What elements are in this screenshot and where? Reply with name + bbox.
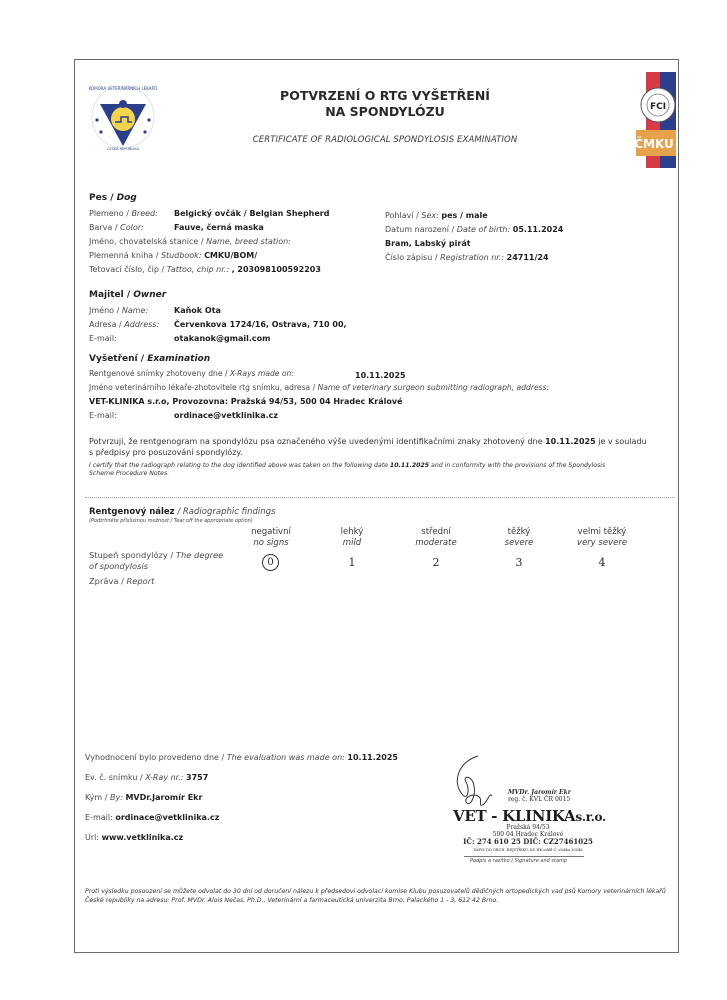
- vet-email-label: E-mail:: [89, 410, 117, 421]
- xray-number-value: 3757: [186, 773, 208, 782]
- grade-3-cz: těžký: [479, 527, 559, 538]
- reg-label-cz: Číslo zápisu /: [385, 253, 440, 262]
- dog-name-label-cz: Jméno, chovatelská stanice /: [89, 237, 206, 246]
- section-divider: [85, 497, 675, 498]
- grade-option-0-selected[interactable]: 0: [262, 554, 279, 571]
- signature-caption: Podpis a razítko / Signature and stamp: [470, 858, 567, 865]
- certification-cz: Potvrzuji, že rentgenogram na spondylózu…: [89, 436, 647, 447]
- color-label-en: Color:: [120, 223, 144, 232]
- certification-en-text-end: and in conformity with the provisions of…: [429, 462, 605, 469]
- studbook-label-en: Studbook:: [161, 251, 202, 260]
- stamp-company-line: VET - KLINIKAs.r.o.: [453, 806, 606, 825]
- degree-label-en: The degree: [176, 550, 223, 560]
- owner-email-value: otakanok@gmail.com: [174, 333, 271, 344]
- findings-heading-en: / Radiographic findings: [175, 507, 276, 517]
- registration-field: Číslo zápisu / Registration nr.: 24711/2…: [385, 252, 549, 263]
- evaluation-email-field: E-mail: ordinace@vetklinika.cz: [85, 812, 219, 823]
- grade-header-4: velmi těžký very severe: [562, 527, 642, 549]
- vet-label-en: Name of veterinary surgeon submitting ra…: [318, 383, 550, 392]
- dog-name-label-en: Name, breed station:: [206, 237, 291, 246]
- examination-heading: Vyšetření / Examination: [89, 354, 210, 364]
- dob-label-cz: Datum narození /: [385, 225, 457, 234]
- evaluation-date-label-en: The evaluation was made on:: [227, 753, 345, 762]
- certification-cz-text-end: je v souladu: [596, 437, 647, 446]
- color-label-cz: Barva /: [89, 223, 120, 232]
- studbook-field: Plemenná kniha / Studbook: CMKU/BOM/: [89, 250, 257, 261]
- certification-cz-text: Potvrzuji, že rentgenogram na spondylózu…: [89, 437, 545, 446]
- vet-label-cz: Jméno veterinárního lékaře-zhotovitele r…: [89, 383, 318, 392]
- certification-en-line2: Scheme Procedure Notes.: [89, 470, 169, 478]
- evaluation-email-label: E-mail:: [85, 813, 113, 822]
- title-line-1: POTVRZENÍ O RTG VYŠETŘENÍ: [220, 88, 550, 103]
- color-label: Barva / Color:: [89, 222, 144, 233]
- dog-heading: Pes / Dog: [89, 193, 137, 203]
- stamp-reg: reg. č. KVL ČR 0015: [508, 796, 568, 804]
- evaluator-value: MVDr.Jaromír Ekr: [125, 793, 202, 802]
- evaluation-url-value[interactable]: www.vetklinika.cz: [102, 833, 184, 842]
- grade-2-en: moderate: [396, 538, 476, 549]
- breed-value: Belgický ovčák / Belgian Shepherd: [174, 208, 329, 219]
- vet-label: Jméno veterinárního lékaře-zhotovitele r…: [89, 382, 549, 393]
- grade-header-0: negativní no signs: [231, 527, 311, 549]
- vet-value: VET-KLINIKA s.r.o, Provozovna: Pražská 9…: [89, 396, 403, 407]
- signature-line: [464, 856, 584, 857]
- sex-field: Pohlaví / Sex: pes / male: [385, 210, 488, 221]
- xray-number-label-en: X-Ray nr.:: [145, 773, 183, 782]
- grade-1-en: mild: [312, 538, 392, 549]
- stamp-ids: IČ: 274 610 25 DIČ: CZ27461025: [448, 838, 608, 846]
- xray-date-label-en: X-Rays made on:: [230, 369, 294, 378]
- breed-label-cz: Plemeno /: [89, 209, 131, 218]
- grade-option-3[interactable]: 3: [507, 556, 531, 569]
- degree-label: Stupeň spondylózy / The degree: [89, 550, 223, 561]
- owner-name-label-en: Name:: [122, 306, 148, 315]
- dog-heading-cz: Pes /: [89, 193, 117, 203]
- examination-heading-en: Examination: [147, 354, 210, 364]
- evaluation-url-label: Url:: [85, 833, 99, 842]
- report-label-en: Report: [127, 576, 155, 586]
- title-line-2: NA SPONDYLÓZU: [220, 104, 550, 119]
- findings-heading: Rentgenový nález / Radiographic findings: [89, 507, 275, 517]
- report-label: Zpráva / Report: [89, 576, 154, 587]
- sex-label-cz: Pohlaví /: [385, 211, 421, 220]
- xray-date-label: Rentgenové snímky zhotoveny dne / X-Rays…: [89, 368, 294, 379]
- vet-email-value: ordinace@vetklinika.cz: [174, 410, 278, 421]
- owner-address-label-en: Address:: [124, 320, 159, 329]
- owner-address-label: Adresa / Address:: [89, 319, 159, 330]
- xray-date-label-cz: Rentgenové snímky zhotoveny dne /: [89, 369, 230, 378]
- owner-name-label: Jméno / Name:: [89, 305, 148, 316]
- chip-field: Tetovací číslo, čip / Tattoo, chip nr.: …: [89, 264, 321, 275]
- grade-4-cz: velmi těžký: [562, 527, 642, 538]
- stamp-register: ZÁPIS DO OBCH. REJSTŘÍKU, KS HK oddíl C,…: [448, 847, 608, 855]
- grade-header-1: lehký mild: [312, 527, 392, 549]
- findings-heading-cz: Rentgenový nález: [89, 507, 175, 517]
- stamp-company: VET - KLINIKA: [453, 807, 575, 825]
- dob-value: 05.11.2024: [513, 225, 564, 234]
- certification-en-date: 10.11.2025: [390, 462, 429, 469]
- studbook-label-cz: Plemenná kniha /: [89, 251, 161, 260]
- owner-heading-en: Owner: [133, 290, 166, 300]
- owner-heading: Majitel / Owner: [89, 290, 166, 300]
- certification-en: I certify that the radiograph relating t…: [89, 462, 605, 470]
- svg-text:KOMORA VETERINÁRNÍCH LÉKAŘŮ: KOMORA VETERINÁRNÍCH LÉKAŘŮ: [89, 86, 158, 91]
- grade-option-1[interactable]: 1: [340, 556, 364, 569]
- breed-label: Plemeno / Breed:: [89, 208, 158, 219]
- grade-0-en: no signs: [231, 538, 311, 549]
- grade-4-en: very severe: [562, 538, 642, 549]
- owner-address-value: Červenkova 1724/16, Ostrava, 710 00,: [174, 319, 347, 330]
- dog-name-label: Jméno, chovatelská stanice / Name, breed…: [89, 236, 291, 247]
- chip-label-en: Tattoo, chip nr.:: [167, 265, 229, 274]
- certification-cz-date: 10.11.2025: [545, 437, 596, 446]
- evaluator-field: Kým / By: MVDr.Jaromír Ekr: [85, 792, 202, 803]
- svg-text:ČESKÁ REPUBLIKA: ČESKÁ REPUBLIKA: [107, 146, 140, 151]
- appeal-note: Proti výsledku posouzení se můžete odvol…: [85, 887, 675, 905]
- dog-name-value: Bram, Labský pirát: [385, 238, 471, 249]
- dog-heading-en: Dog: [117, 193, 137, 203]
- grade-header-2: střední moderate: [396, 527, 476, 549]
- grade-option-2[interactable]: 2: [424, 556, 448, 569]
- xray-number-label-cz: Ev. č. snímku /: [85, 773, 145, 782]
- findings-instruction: (Podtrhněte příslušnou možnost / Tear of…: [89, 518, 253, 525]
- grade-0-cz: negativní: [231, 527, 311, 538]
- sex-value: pes / male: [441, 211, 487, 220]
- examination-heading-cz: Vyšetření /: [89, 354, 147, 364]
- xray-number-field: Ev. č. snímku / X-Ray nr.: 3757: [85, 772, 208, 783]
- chip-value: , 203098100592203: [232, 265, 321, 274]
- degree-label-line2: of spondylosis: [89, 561, 148, 572]
- report-label-cz: Zpráva /: [89, 576, 127, 586]
- grade-header-3: těžký severe: [479, 527, 559, 549]
- evaluation-date-value: 10.11.2025: [347, 753, 398, 762]
- grade-2-cz: střední: [396, 527, 476, 538]
- certification-en-text: I certify that the radiograph relating t…: [89, 462, 390, 469]
- owner-name-label-cz: Jméno /: [89, 306, 122, 315]
- studbook-value: CMKU/BOM/: [204, 251, 257, 260]
- signature-stamp: MVDr. Jaromír Ekr reg. č. KVL ČR 0015 VE…: [448, 752, 638, 882]
- grade-1-cz: lehký: [312, 527, 392, 538]
- degree-label-cz: Stupeň spondylózy /: [89, 550, 176, 560]
- dob-label-en: Date of birth:: [457, 225, 510, 234]
- svg-text:FCI: FCI: [650, 102, 666, 112]
- evaluation-date-field: Vyhodnocení bylo provedeno dne / The eva…: [85, 752, 398, 763]
- xray-date-value: 10.11.2025: [355, 370, 406, 381]
- owner-name-value: Kaňok Ota: [174, 305, 221, 316]
- svg-text:ČMKU: ČMKU: [634, 136, 674, 151]
- evaluator-label-cz: Kým /: [85, 793, 110, 802]
- reg-label-en: Registration nr.:: [440, 253, 504, 262]
- grade-option-4[interactable]: 4: [590, 556, 614, 569]
- owner-address-label-cz: Adresa /: [89, 320, 124, 329]
- color-value: Fauve, černá maska: [174, 222, 264, 233]
- chip-label-cz: Tetovací číslo, čip /: [89, 265, 167, 274]
- owner-email-label: E-mail:: [89, 333, 117, 344]
- grade-3-en: severe: [479, 538, 559, 549]
- evaluation-email-value[interactable]: ordinace@vetklinika.cz: [115, 813, 219, 822]
- breed-label-en: Breed:: [131, 209, 157, 218]
- certification-cz-line2: s předpisy pro posuzování spondylózy.: [89, 447, 243, 458]
- stamp-company-suffix: s.r.o.: [575, 810, 606, 824]
- sex-label-en: Sex:: [421, 211, 438, 220]
- evaluator-label-en: By:: [110, 793, 123, 802]
- fci-cmku-logo: FCI ČMKU: [634, 72, 678, 168]
- subtitle: CERTIFICATE OF RADIOLOGICAL SPONDYLOSIS …: [180, 135, 590, 145]
- reg-value: 24711/24: [507, 253, 549, 262]
- owner-heading-cz: Majitel /: [89, 290, 133, 300]
- vet-association-logo: KOMORA VETERINÁRNÍCH LÉKAŘŮ ČESKÁ REPUBL…: [88, 82, 158, 152]
- evaluation-date-label-cz: Vyhodnocení bylo provedeno dne /: [85, 753, 227, 762]
- dob-field: Datum narození / Date of birth: 05.11.20…: [385, 224, 563, 235]
- evaluation-url-field: Url: www.vetklinika.cz: [85, 832, 183, 843]
